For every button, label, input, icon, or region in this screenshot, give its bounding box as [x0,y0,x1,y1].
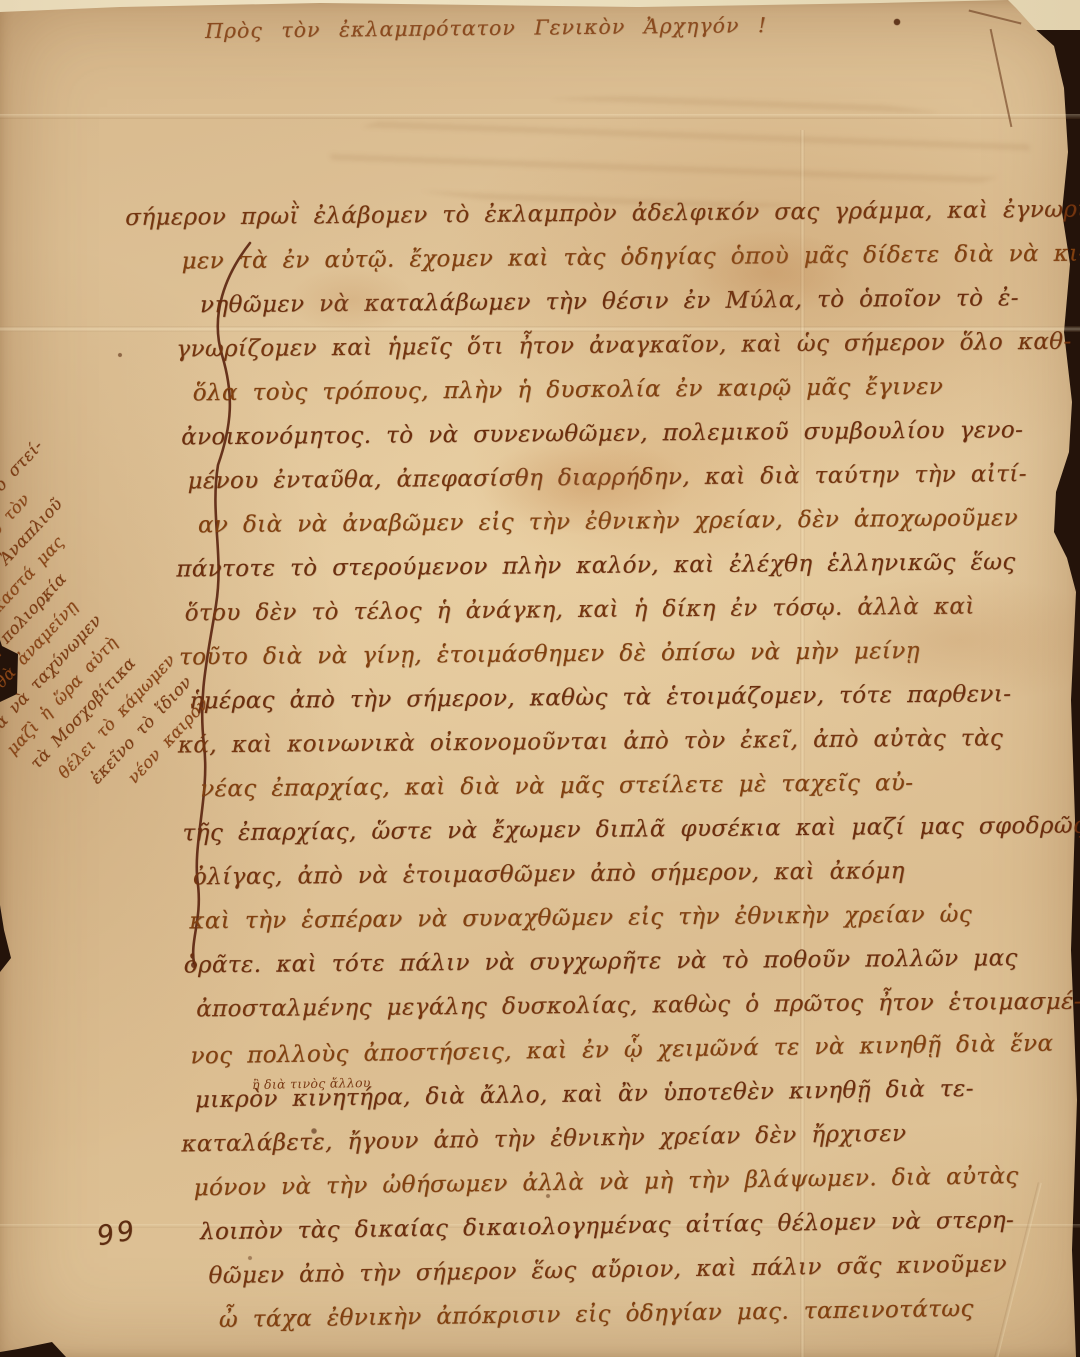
manuscript-line: ὅτου δὲν τὸ τέλος ἡ ἀνάγκη, καὶ ἡ δίκη ἐ… [184,583,1080,635]
manuscript-line: αν διὰ νὰ ἀναβῶμεν εἰς τὴν ἐθνικὴν χρεία… [198,495,1080,547]
manuscript-line: τῆς ἐπαρχίας, ὥστε νὰ ἔχωμεν διπλᾶ φυσέκ… [182,803,1080,856]
manuscript-line: ἡμέρας ἀπὸ τὴν σήμερον, καθὼς τὰ ἑτοιμάζ… [189,671,1080,723]
interline-insertion: ἢ διὰ τινὸς ἄλλου [252,1075,371,1092]
manuscript-line: τοῦτο διὰ νὰ γίνῃ, ἑτοιμάσθημεν δὲ ὀπίσω… [179,627,1080,680]
manuscript-line: ὁρᾶτε. καὶ τότε πάλιν νὰ συγχωρῆτε νὰ τὸ… [184,935,1080,988]
manuscript-line: ἀνοικονόμητος. τὸ νὰ συνενωθῶμεν, πολεμι… [181,407,1080,460]
manuscript-line: μεν τὰ ἐν αὐτῷ. ἔχομεν καὶ τὰς ὁδηγίας ὁ… [181,231,1080,283]
letter-body: σήμερον πρωῒ ἐλάβομεν τὸ ἐκλαμπρὸν ἀδελφ… [0,187,1080,1341]
manuscript-line: μένου ἐνταῦθα, ἀπεφασίσθη διαρρήδην, καὶ… [187,451,1080,503]
manuscript-photo: Πρὸς τὸν ἐκλαμπρότατον Γενικὸν Ἀρχηγόν !… [0,0,1080,1357]
manuscript-line: νηθῶμεν νὰ καταλάβωμεν τὴν θέσιν ἐν Μύλα… [200,275,1080,327]
manuscript-line: κά, καὶ κοινωνικὰ οἰκονομοῦνται ἀπὸ τὸν … [178,715,1080,768]
manuscript-line: γνωρίζομεν καὶ ἡμεῖς ὅτι ἦτον ἀναγκαῖον,… [176,319,1080,372]
manuscript-line: ὅλα τοὺς τρόπους, πλὴν ἡ δυσκολία ἐν και… [193,363,1080,415]
manuscript-line: νέας ἐπαρχίας, καὶ διὰ νὰ μᾶς στείλετε μ… [200,759,1080,811]
manuscript-line: καὶ τὴν ἑσπέραν νὰ συναχθῶμεν εἰς τὴν ἐθ… [189,891,1080,943]
manuscript-line: πάντοτε τὸ στερούμενον πλὴν καλόν, καὶ ἐ… [176,539,1080,592]
manuscript-line: ὀλίγας, ἀπὸ νὰ ἑτοιμασθῶμεν ἀπὸ σήμερον,… [193,847,1080,899]
